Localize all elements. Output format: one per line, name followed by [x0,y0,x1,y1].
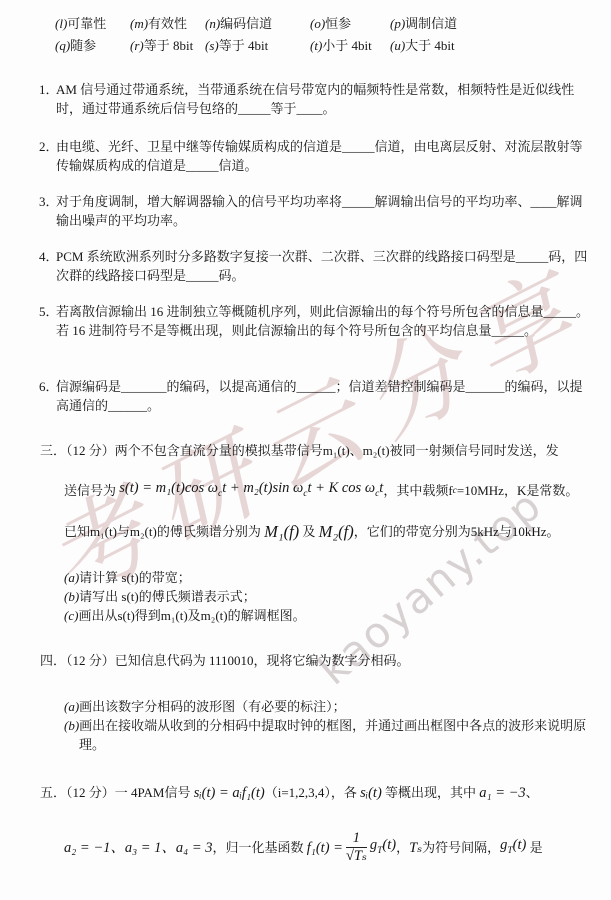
option-item: (l)可靠性 [55,14,130,33]
section-3-heading: 三．（12 分）两个不包含直流分量的模拟基带信号m₁(t)、m₂(t)被同一射频… [40,441,592,460]
subitem-b: (b)画出在接收端从收到的分相码中提取时钟的框图，并通过画出框图中各点的波形来说… [64,716,590,754]
subitem-a: (a)画出该数字分相码的波形图（有必要的标注）； [64,697,590,716]
section-4-subitems: (a)画出该数字分相码的波形图（有必要的标注）； (b)画出在接收端从收到的分相… [64,697,590,754]
spectrum-m1-formula: M₁(f) [264,522,299,541]
question-text: 若离散信源输出 16 进制独立等概随机序列，则此信源输出的每个符号所包含的信息量… [56,304,589,338]
option-item: (m)有效性 [130,14,205,33]
option-item: (q)随参 [55,36,130,55]
option-item: (o)恒参 [310,14,390,33]
basis-function-formula: f₁(t) = [307,840,343,856]
option-item: (s)等于 4bit [205,36,310,55]
option-row-2: (q)随参 (r)等于 8bit (s)等于 4bit (t)小于 4bit (… [55,36,595,58]
spectrum-m2-formula: M₂(f) [319,522,354,541]
question-number: 5． [39,302,59,321]
subitem-c: (c)画出从s(t)得到m₁(t)及m₂(t)的解调框图。 [64,606,590,625]
section-4-heading: 四．（12 分）已知信息代码为 1110010，现将它编为数字分相码。 [40,651,592,670]
question-2: 2．由电缆、光纤、卫星中继等传输媒质构成的信道是_____信道，由电离层反射、对… [56,137,590,175]
section-5-heading: 五．（12 分）一 4PAM信号 sᵢ(t) = aᵢf₁(t)（i=1,2,3… [40,779,592,806]
section-3-subitems: (a)请计算 s(t)的带宽； (b)请写出 s(t)的傅氏频谱表示式； (c)… [64,568,590,625]
question-3: 3．对于角度调制，增大解调器输入的信号平均功率将_____解调输出信号的平均功率… [56,192,590,230]
gT-term: gT(t) [370,837,396,853]
section-3-spectrum-line: 已知m₁(t)与m₂(t)的傅氏频谱分别为 M₁(f) 及 M₂(f)，它们的带… [64,518,592,545]
question-number: 1． [39,80,59,99]
modulated-signal-formula: s(t) = m₁(t)cos ωct + m₂(t)sin ωct + K c… [119,480,383,496]
question-text: AM 信号通过带通系统，当带通系统在信号带宽内的幅频特性是常数，相频特性是近似线… [56,82,574,116]
subitem-b: (b)请写出 s(t)的傅氏频谱表示式； [64,587,590,606]
question-text: PCM 系统欧洲系列时分多路数字复接一次群、二次群、三次群的线路接口码型是___… [56,249,587,283]
exam-document-page: 考研云分享 kaoyany.top (l)可靠性 (m)有效性 (n)编码信道 … [0,0,611,900]
question-text: 由电缆、光纤、卫星中继等传输媒质构成的信道是_____信道，由电离层反射、对流层… [56,139,583,173]
option-item: (p)调制信道 [390,14,595,33]
question-6: 6．信源编码是_______的编码，以提高通信的______；信道差错控制编码是… [56,377,590,415]
gT-term: gT(t) [500,837,526,853]
question-number: 4． [39,247,59,266]
option-list: (l)可靠性 (m)有效性 (n)编码信道 (o)恒参 (p)调制信道 (q)随… [55,14,595,58]
option-item: (u)大于 4bit [390,36,595,55]
fraction: 1√Tₛ [346,830,367,865]
question-number: 3． [39,192,59,211]
question-5: 5．若离散信源输出 16 进制独立等概随机序列，则此信源输出的每个符号所包含的信… [56,302,590,340]
option-item: (n)编码信道 [205,14,310,33]
option-item: (t)小于 4bit [310,36,390,55]
question-number: 6． [39,377,59,396]
option-item: (r)等于 8bit [130,36,205,55]
subitem-a: (a)请计算 s(t)的带宽； [64,568,590,587]
pam-signal-formula: sᵢ(t) = aᵢf₁(t) [194,785,265,801]
question-1: 1．AM 信号通过带通系统，当带通系统在信号带宽内的幅频特性是常数，相频特性是近… [56,80,590,118]
question-4: 4．PCM 系统欧洲系列时分多路数字复接一次群、二次群、三次群的线路接口码型是_… [56,247,590,285]
section-5-basis-line: a₂ = −1、a₃ = 1、a₄ = 3，归一化基函数 f₁(t) =1√Tₛ… [64,822,592,874]
question-text: 对于角度调制，增大解调器输入的信号平均功率将_____解调输出信号的平均功率、_… [56,194,583,228]
question-text: 信源编码是_______的编码，以提高通信的______；信道差错控制编码是__… [56,379,583,413]
section-3-formula-line: 送信号为 s(t) = m₁(t)cos ωct + m₂(t)sin ωct … [64,475,592,507]
question-number: 2． [39,137,59,156]
option-row-1: (l)可靠性 (m)有效性 (n)编码信道 (o)恒参 (p)调制信道 [55,14,595,36]
